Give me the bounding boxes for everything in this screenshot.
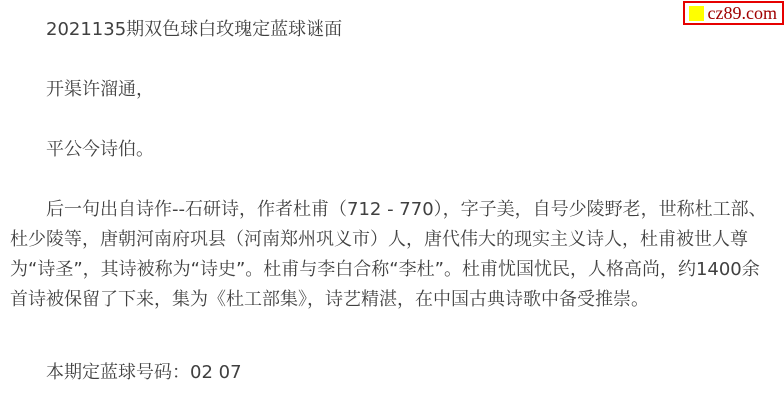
yellow-square-icon <box>689 6 704 21</box>
site-logo-text: cz89.com <box>708 3 777 23</box>
blue-ball-numbers: 本期定蓝球号码：02 07 <box>10 358 773 388</box>
poem-line-1: 开渠许溜通， <box>10 75 773 105</box>
site-logo[interactable]: cz89.com <box>683 1 784 25</box>
article-title: 2021135期双色球白玫瑰定蓝球谜面 <box>10 15 773 45</box>
poem-line-2: 平公今诗伯。 <box>10 135 773 165</box>
article-body: 2021135期双色球白玫瑰定蓝球谜面 开渠许溜通， 平公今诗伯。 后一句出自诗… <box>0 0 784 388</box>
poem-explanation: 后一句出自诗作--石研诗，作者杜甫（712 - 770），字子美，自号少陵野老，… <box>10 195 773 315</box>
